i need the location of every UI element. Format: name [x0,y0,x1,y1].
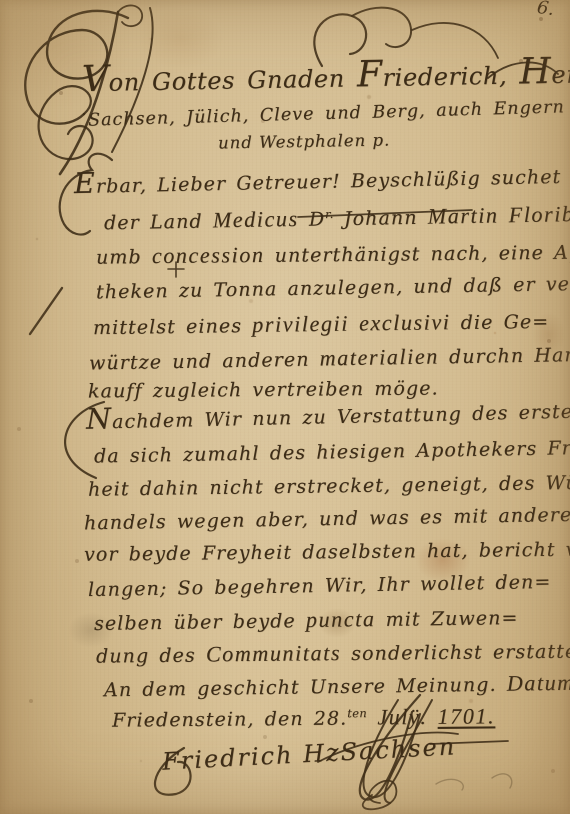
text-segment: D [299,208,326,230]
pencil-marks [436,774,512,790]
text-segment: concession [152,242,265,268]
letterhead-line: und Westphalen p. [218,132,391,152]
text-segment: 1701. [437,703,495,729]
manuscript-line: vor beyde Freyheit daselbsten hat, beric… [84,540,570,565]
text-segment: heit dahin nicht erstrecket, geneigt, de… [88,471,570,501]
text-segment: würtze und anderen [89,349,320,375]
text-segment: N [86,402,113,436]
manuscript-line: der Land Medicus Dr. Johann Martin Flori… [104,203,570,234]
text-segment: umb [96,246,152,269]
text-segment: unterthänigst nach, eine Apo= [264,241,570,267]
text-segment: mit Zuwen= [375,607,518,631]
text-segment: ten [347,706,367,720]
text-segment: Friedenstein, den 28. [112,708,347,732]
manuscript-line: langen; So begehren Wir, Ihr wollet den= [88,573,552,600]
manuscript-line: da sich zumahl des hiesigen Apothekers F… [94,438,570,466]
text-segment: riederich, [382,62,519,92]
text-segment: mittelst eines [93,315,252,339]
stain-spot [138,8,224,70]
text-segment: puncta [306,606,376,632]
text-segment: Johann [334,207,428,231]
manuscript-line: Nachdem Wir nun zu Verstattung des erste… [86,402,570,433]
text-segment: vor beyde Freyheit daselbsten hat, beric… [84,538,570,566]
text-segment: rbar, Lieber Getreuer! Beyschlüßig suche… [96,166,562,198]
manuscript-line: heit dahin nicht erstrecket, geneigt, de… [88,473,570,500]
manuscript-line: umb concession unterthänigst nach, eine … [96,240,570,267]
text-segment: Communitats [206,640,341,666]
text-segment: selben über beyde [94,610,306,635]
text-segment: H [519,51,552,93]
text-segment: dung des [96,644,206,667]
manuscript-line: handels wegen aber, und was es mit ander… [84,506,570,534]
paper-speckles [0,0,2,2]
text-segment: kauff zugleich vertreiben möge. [88,377,439,402]
text-segment: handels wegen aber, und was es mit ander… [84,504,570,535]
text-segment: F [357,54,383,95]
manuscript-line: dung des Communitats sonderlichst erstat… [96,639,570,666]
text-segment: theken zu Tonna anzulegen, und daß er ve… [96,273,570,304]
manuscript-line: An dem geschicht Unsere Meinung. Datum [104,672,570,701]
text-segment: Medicus [213,206,299,232]
folio-number: 6. [535,0,555,20]
text-segment: r. [325,207,334,221]
manuscript-line: theken zu Tonna anzulegen, und daß er ve… [96,275,570,303]
manuscript-line: würtze und anderen materialien durchn Ha… [89,342,570,373]
text-segment [367,707,377,729]
text-segment: da sich zumahl des hiesigen Apothekers F… [94,436,570,467]
margin-slash-mark [30,288,62,334]
letterhead-line: Sachsen, Jülich, Cleve und Berg, auch En… [88,99,565,130]
manuscript-line: Friedenstein, den 28.ten Julÿ. 1701. [112,705,495,730]
manuscript-line: Erbar, Lieber Getreuer! Beyschlüßig such… [74,168,562,197]
text-segment: materialien [319,343,439,370]
text-segment: ertzog zu [551,59,570,89]
text-segment: An dem geschicht Unsere Meinung. [104,674,507,702]
text-segment: Martin Floribus [428,201,570,229]
text-segment: E [74,167,97,200]
text-segment: V [82,59,109,100]
text-segment: on Gottes Gnaden [108,64,357,96]
text-segment: die Ge= [450,311,549,334]
manuscript-line: kauff zugleich vertreiben möge. [88,379,439,401]
text-segment: Julÿ. [377,704,438,730]
text-segment: durchn Hand= [439,343,570,368]
manuscript-line: mittelst eines privilegii exclusivi die … [93,310,550,338]
manuscript-page: 6. Von Gottes Gnaden Friederich, Hertzog… [0,0,570,814]
text-segment: langen; So begehren Wir, Ihr wollet den= [88,571,552,601]
text-segment: achdem Wir nun zu Verstattung des ersten… [112,400,570,433]
text-segment: privilegii exclusivi [252,309,451,337]
text-segment: sonderlichst erstatten. [341,640,570,665]
manuscript-line: selben über beyde puncta mit Zuwen= [94,606,519,634]
text-segment: der Land [104,210,213,234]
letterhead-line: Von Gottes Gnaden Friederich, Hertzog zu [82,61,570,95]
text-segment: Datum [507,670,570,696]
signature-text: Friedrich HzSachsen [162,734,457,773]
